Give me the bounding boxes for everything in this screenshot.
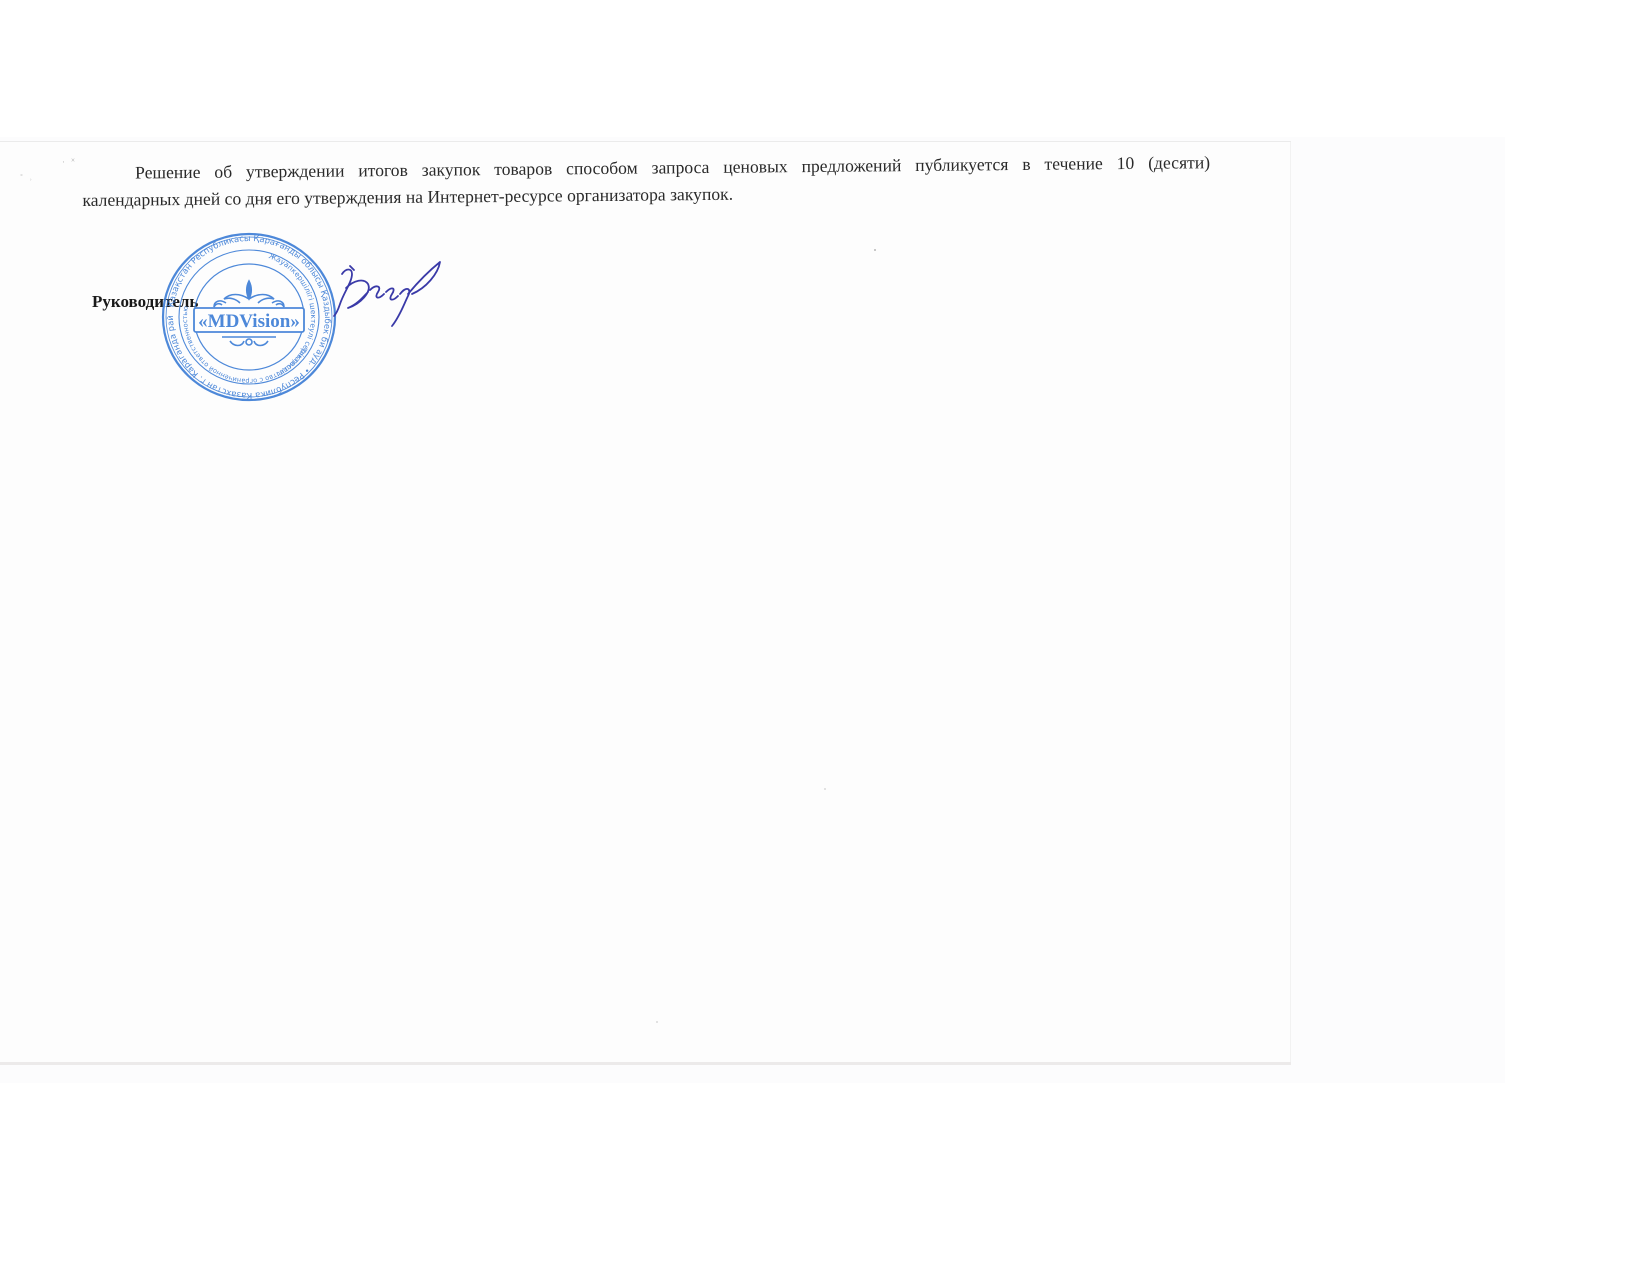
scan-speck: [874, 249, 876, 251]
scan-specks: · ˟ ˚ ˒: [20, 155, 80, 195]
stamp-ornament-top-icon: [214, 281, 284, 309]
publication-notice-paragraph: Решение об утверждении итогов закупок то…: [82, 149, 1210, 214]
stamp-ornament-bottom-icon: [222, 337, 276, 346]
scan-speck: [824, 788, 826, 790]
scan-speck: [656, 1021, 658, 1023]
stamp-company-name: «MDVision»: [198, 311, 300, 332]
handwritten-signature: [330, 258, 445, 330]
company-seal-stamp: Қазақстан Республикасы Қарағанды облысы …: [160, 231, 338, 403]
